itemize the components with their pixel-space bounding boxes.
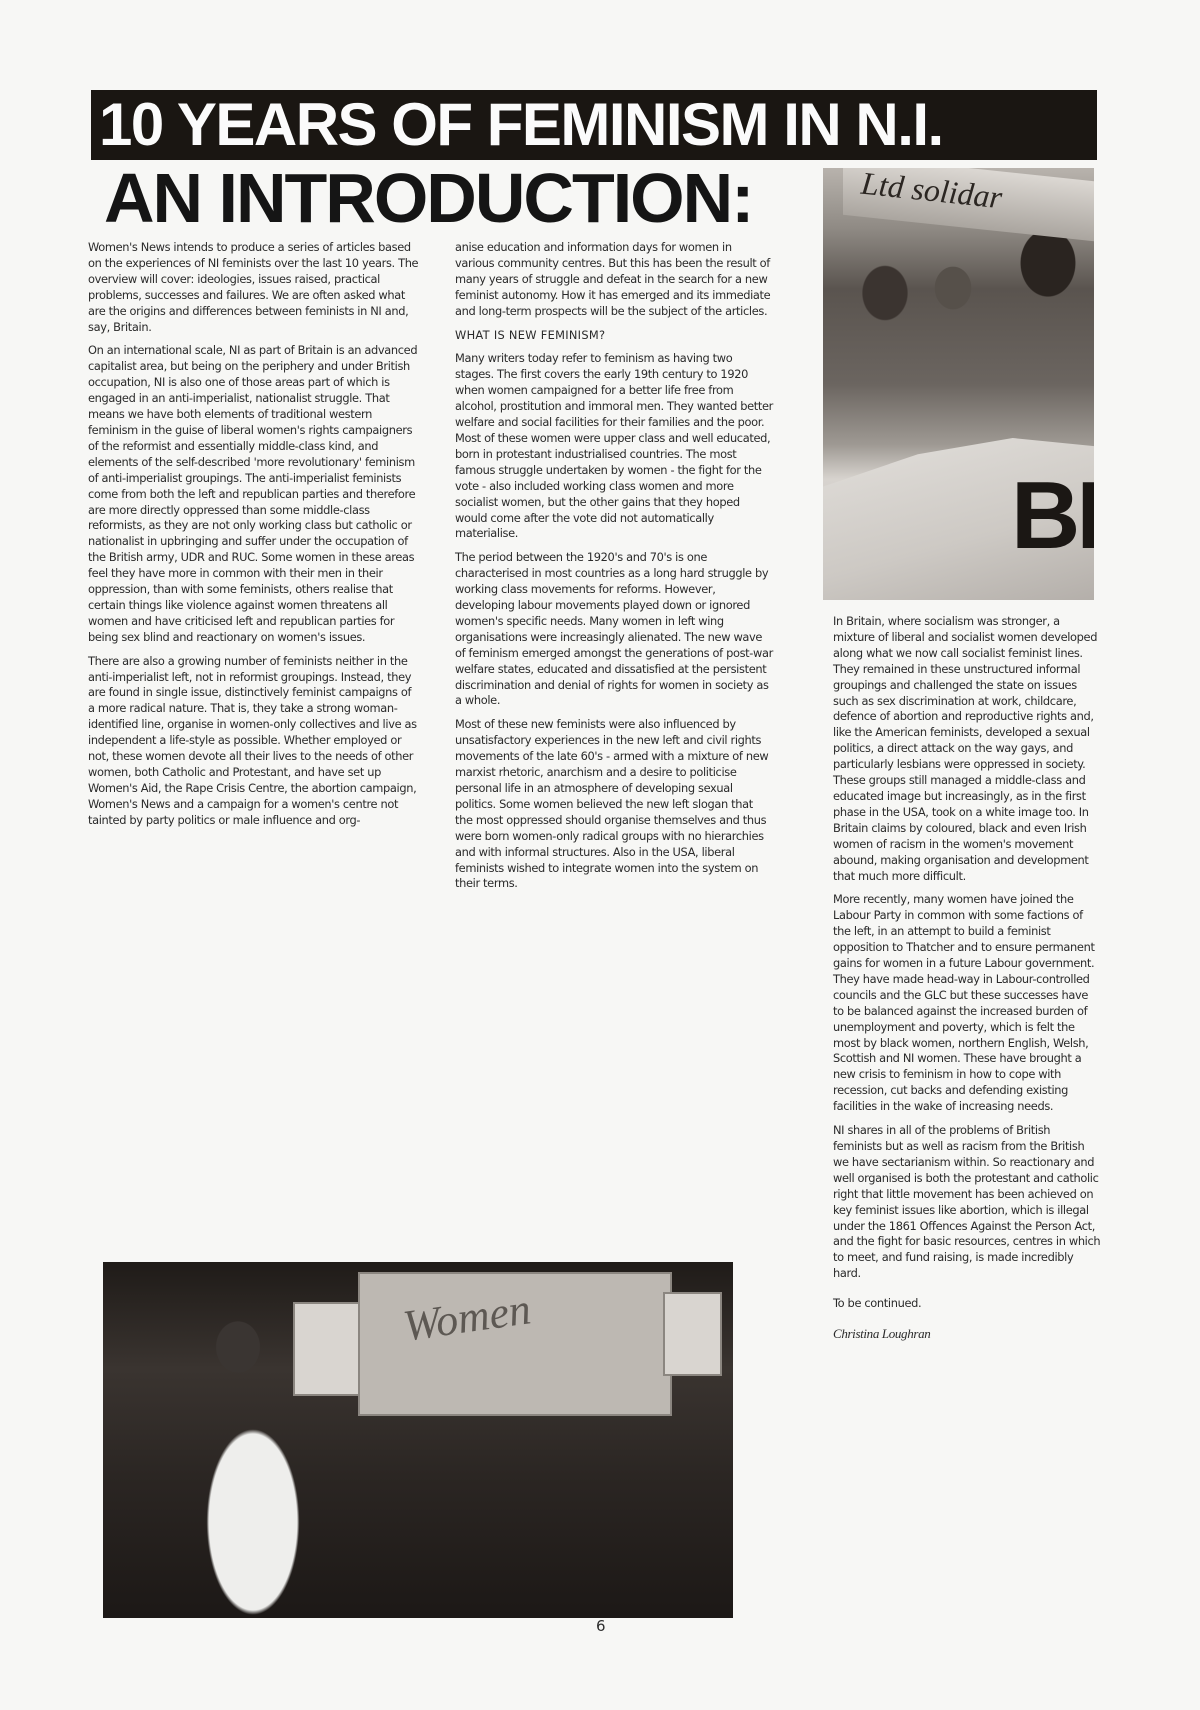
paragraph: On an international scale, NI as part of… [88,343,420,645]
photo-cloth-letters: BR [1011,468,1094,564]
paragraph: NI shares in all of the problems of Brit… [833,1123,1101,1282]
paragraph: Most of these new feminists were also in… [455,717,773,892]
paragraph: The period between the 1920's and 70's i… [455,550,773,709]
section-heading: WHAT IS NEW FEMINISM? [455,328,773,344]
page-number: 6 [596,1617,606,1635]
article-column-2: anise education and information days for… [455,240,773,900]
article-column-3: In Britain, where socialism was stronger… [833,614,1101,1350]
signoff: To be continued. [833,1296,1101,1312]
article-column-1: Women's News intends to produce a series… [88,240,420,837]
page-title-bar: 10 YEARS OF FEMINISM IN N.I. [91,90,1097,160]
paragraph: Many writers today refer to feminism as … [455,351,773,542]
photo-placard [293,1302,367,1396]
author-byline: Christina Loughran [833,1326,1101,1342]
photo-protest-banner: Ltd solidar BR [823,168,1094,600]
paragraph: Women's News intends to produce a series… [88,240,420,335]
paragraph: In Britain, where socialism was stronger… [833,614,1101,884]
paragraph: There are also a growing number of femin… [88,654,420,829]
page-subtitle: AN INTRODUCTION: [104,160,764,236]
photo-placard [663,1292,722,1376]
paragraph: More recently, many women have joined th… [833,892,1101,1115]
page-title: 10 YEARS OF FEMINISM IN N.I. [99,91,943,158]
paragraph: anise education and information days for… [455,240,773,320]
photo-march: Women [103,1262,733,1618]
